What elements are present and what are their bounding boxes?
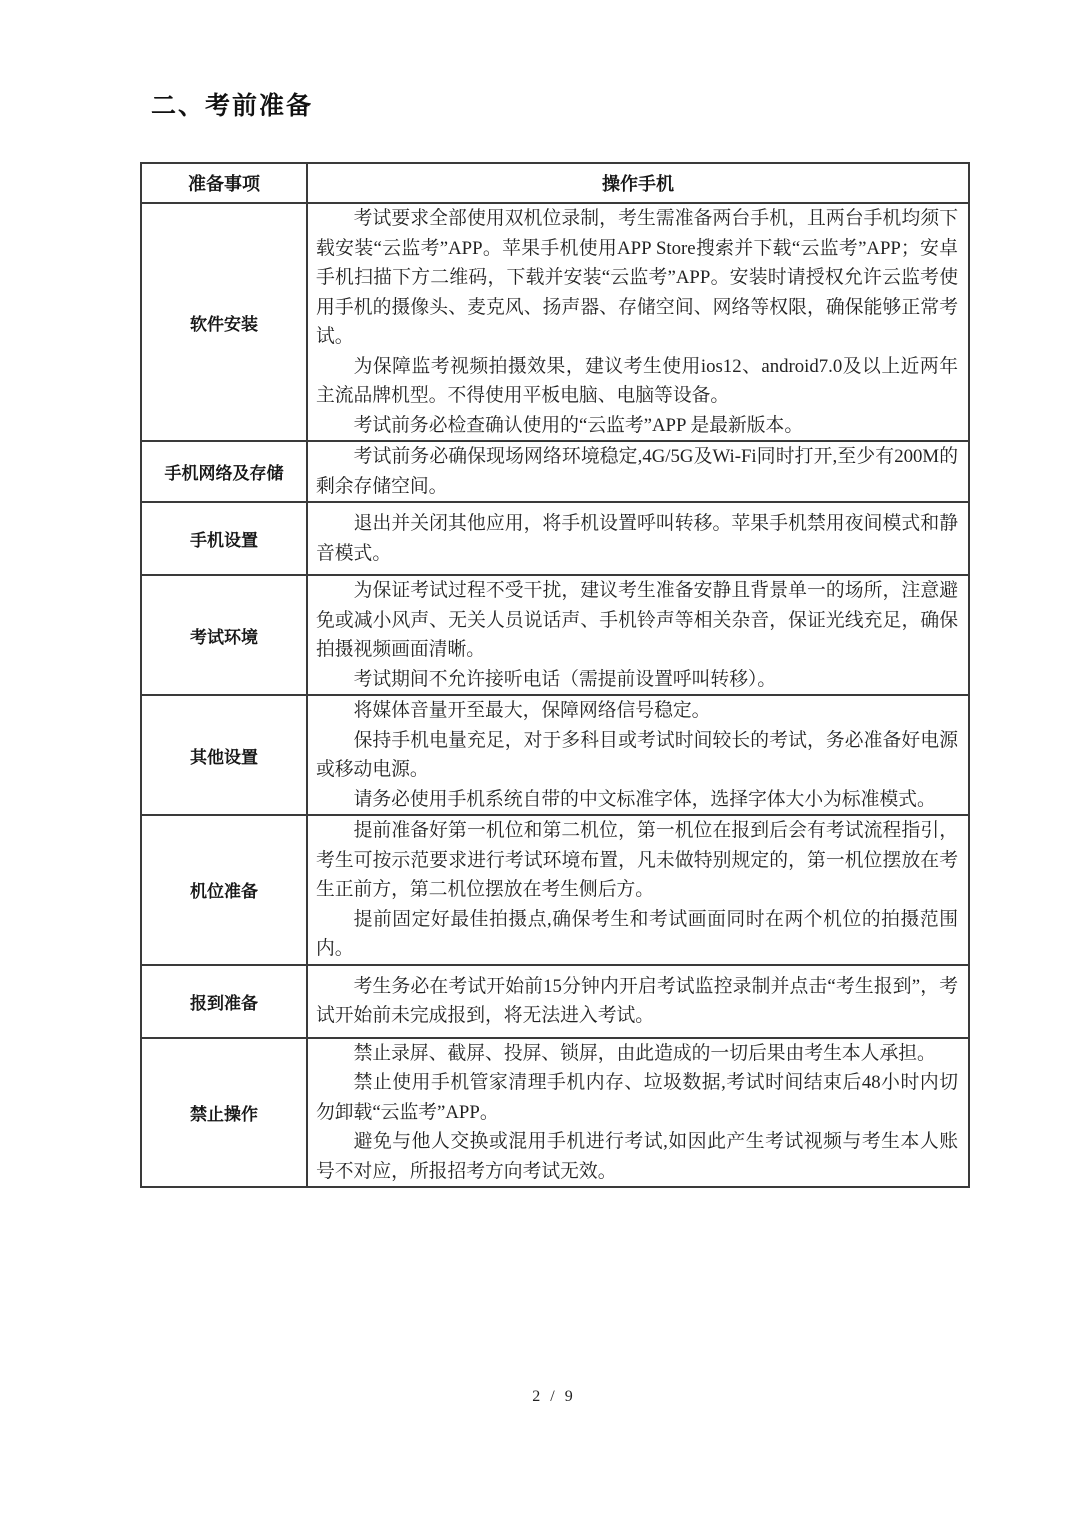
table-row-prohibited-operations: 禁止操作 禁止录屏、截屏、投屏、锁屏，由此造成的一切后果由考生本人承担。 禁止使… (141, 1038, 969, 1188)
paragraph: 为保证考试过程不受干扰，建议考生准备安静且背景单一的场所，注意避免或减小风声、无… (316, 576, 958, 665)
paragraph: 考试前务必确保现场网络环境稳定,4G/5G及Wi-Fi同时打开,至少有200M的… (316, 442, 958, 501)
paragraph: 请务必使用手机系统自带的中文标准字体，选择字体大小为标准模式。 (316, 785, 958, 815)
table-row-checkin-preparation: 报到准备 考生务必在考试开始前15分钟内开启考试监控录制并点击“考生报到”，考试… (141, 965, 969, 1038)
paragraph: 考试前务必检查确认使用的“云监考”APP 是最新版本。 (316, 411, 958, 441)
column-header-operate-phone: 操作手机 (307, 163, 969, 203)
preparation-table: 准备事项 操作手机 软件安装 考试要求全部使用双机位录制，考生需准备两台手机，且… (140, 162, 970, 1188)
row-label: 机位准备 (141, 815, 307, 965)
row-label: 手机网络及存储 (141, 441, 307, 502)
paragraph: 考试要求全部使用双机位录制，考生需准备两台手机，且两台手机均须下载安装“云监考”… (316, 204, 958, 352)
table-row-network-storage: 手机网络及存储 考试前务必确保现场网络环境稳定,4G/5G及Wi-Fi同时打开,… (141, 441, 969, 502)
row-content: 考试要求全部使用双机位录制，考生需准备两台手机，且两台手机均须下载安装“云监考”… (307, 203, 969, 441)
page-number: 2 / 9 (140, 1388, 968, 1406)
paragraph: 避免与他人交换或混用手机进行考试,如因此产生考试视频与考生本人账号不对应，所报招… (316, 1127, 958, 1186)
row-label: 其他设置 (141, 695, 307, 815)
table-row-camera-position: 机位准备 提前准备好第一机位和第二机位，第一机位在报到后会有考试流程指引，考生可… (141, 815, 969, 965)
row-content: 提前准备好第一机位和第二机位，第一机位在报到后会有考试流程指引，考生可按示范要求… (307, 815, 969, 965)
paragraph: 将媒体音量开至最大，保障网络信号稳定。 (316, 696, 958, 726)
row-content: 将媒体音量开至最大，保障网络信号稳定。 保持手机电量充足，对于多科目或考试时间较… (307, 695, 969, 815)
row-content: 禁止录屏、截屏、投屏、锁屏，由此造成的一切后果由考生本人承担。 禁止使用手机管家… (307, 1038, 969, 1188)
row-content: 退出并关闭其他应用，将手机设置呼叫转移。苹果手机禁用夜间模式和静音模式。 (307, 502, 969, 575)
row-content: 考试前务必确保现场网络环境稳定,4G/5G及Wi-Fi同时打开,至少有200M的… (307, 441, 969, 502)
row-label: 手机设置 (141, 502, 307, 575)
paragraph: 提前准备好第一机位和第二机位，第一机位在报到后会有考试流程指引，考生可按示范要求… (316, 816, 958, 905)
table-row-other-settings: 其他设置 将媒体音量开至最大，保障网络信号稳定。 保持手机电量充足，对于多科目或… (141, 695, 969, 815)
row-label: 报到准备 (141, 965, 307, 1038)
paragraph: 为保障监考视频拍摄效果，建议考生使用ios12、android7.0及以上近两年… (316, 352, 958, 411)
row-label: 禁止操作 (141, 1038, 307, 1188)
row-content: 考生务必在考试开始前15分钟内开启考试监控录制并点击“考生报到”，考试开始前未完… (307, 965, 969, 1038)
paragraph: 提前固定好最佳拍摄点,确保考生和考试画面同时在两个机位的拍摄范围内。 (316, 905, 958, 964)
table-header-row: 准备事项 操作手机 (141, 163, 969, 203)
paragraph: 考试期间不允许接听电话（需提前设置呼叫转移）。 (316, 665, 958, 695)
row-label: 软件安装 (141, 203, 307, 441)
paragraph: 考生务必在考试开始前15分钟内开启考试监控录制并点击“考生报到”，考试开始前未完… (316, 972, 958, 1031)
table-row-software-install: 软件安装 考试要求全部使用双机位录制，考生需准备两台手机，且两台手机均须下载安装… (141, 203, 969, 441)
table-row-phone-settings: 手机设置 退出并关闭其他应用，将手机设置呼叫转移。苹果手机禁用夜间模式和静音模式… (141, 502, 969, 575)
column-header-preparation-item: 准备事项 (141, 163, 307, 203)
row-content: 为保证考试过程不受干扰，建议考生准备安静且背景单一的场所，注意避免或减小风声、无… (307, 575, 969, 695)
paragraph: 退出并关闭其他应用，将手机设置呼叫转移。苹果手机禁用夜间模式和静音模式。 (316, 509, 958, 568)
section-title: 二、考前准备 (151, 86, 313, 122)
row-label: 考试环境 (141, 575, 307, 695)
paragraph: 保持手机电量充足，对于多科目或考试时间较长的考试，务必准备好电源或移动电源。 (316, 726, 958, 785)
paragraph: 禁止使用手机管家清理手机内存、垃圾数据,考试时间结束后48小时内切勿卸载“云监考… (316, 1068, 958, 1127)
paragraph: 禁止录屏、截屏、投屏、锁屏，由此造成的一切后果由考生本人承担。 (316, 1039, 958, 1069)
table-row-exam-environment: 考试环境 为保证考试过程不受干扰，建议考生准备安静且背景单一的场所，注意避免或减… (141, 575, 969, 695)
